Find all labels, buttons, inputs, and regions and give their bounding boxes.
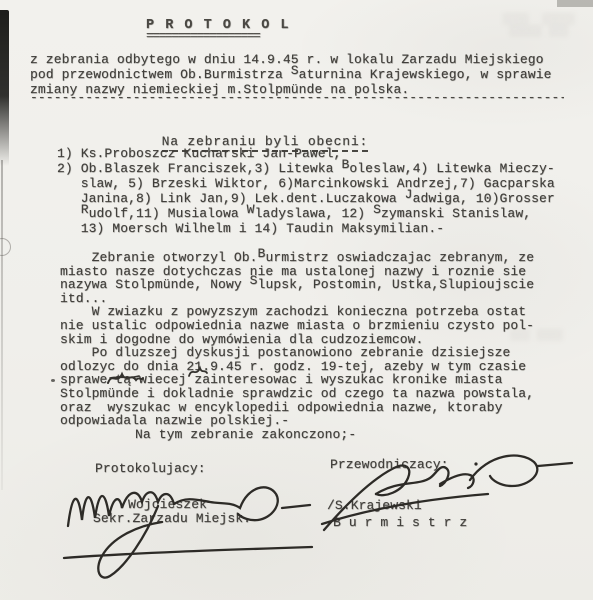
corner-scan-mark (557, 0, 593, 7)
hole-punch-mark (0, 238, 11, 256)
chairman-role-label: Przewodniczacy: (330, 457, 449, 472)
closing-statement: Na tym zebranie zakonczono;- (135, 427, 356, 442)
chairman-typed-name: /S.Krajewski (327, 498, 422, 513)
ink-dot-mark (51, 379, 55, 382)
attendees-list: 1) Ks.Proboszcz Kucharski Jan-Pawel,2) O… (57, 146, 555, 236)
bleedthrough-ghost-text: ▒▒▒▒ ▒▒▒▒▒ ▒▒▒▒▒ ▒▒▒ (502, 14, 575, 38)
recorder-typed-name: Wojcieszek (128, 497, 207, 512)
document-header: P R O T O K O L ================== (146, 18, 290, 43)
scan-edge-artifact (0, 10, 9, 166)
recorder-role-label: Protokolujacy: (95, 461, 206, 476)
recorder-typed-title: Sekr.Zarzadu Miejsk. (93, 511, 251, 526)
dashed-separator: ----------------------------------------… (30, 90, 564, 105)
bleedthrough-ghost-text: ▒▒▒ ▒▒▒▒ (510, 330, 563, 342)
scan-edge-line (1, 160, 3, 490)
chairman-typed-title: B u r m i s t r z (333, 515, 467, 530)
body-paragraphs: Zebranie otworzyl Ob.Burmistrz oswiadcza… (60, 251, 534, 428)
scanned-protocol-document: P R O T O K O L ================== z zeb… (0, 0, 593, 600)
